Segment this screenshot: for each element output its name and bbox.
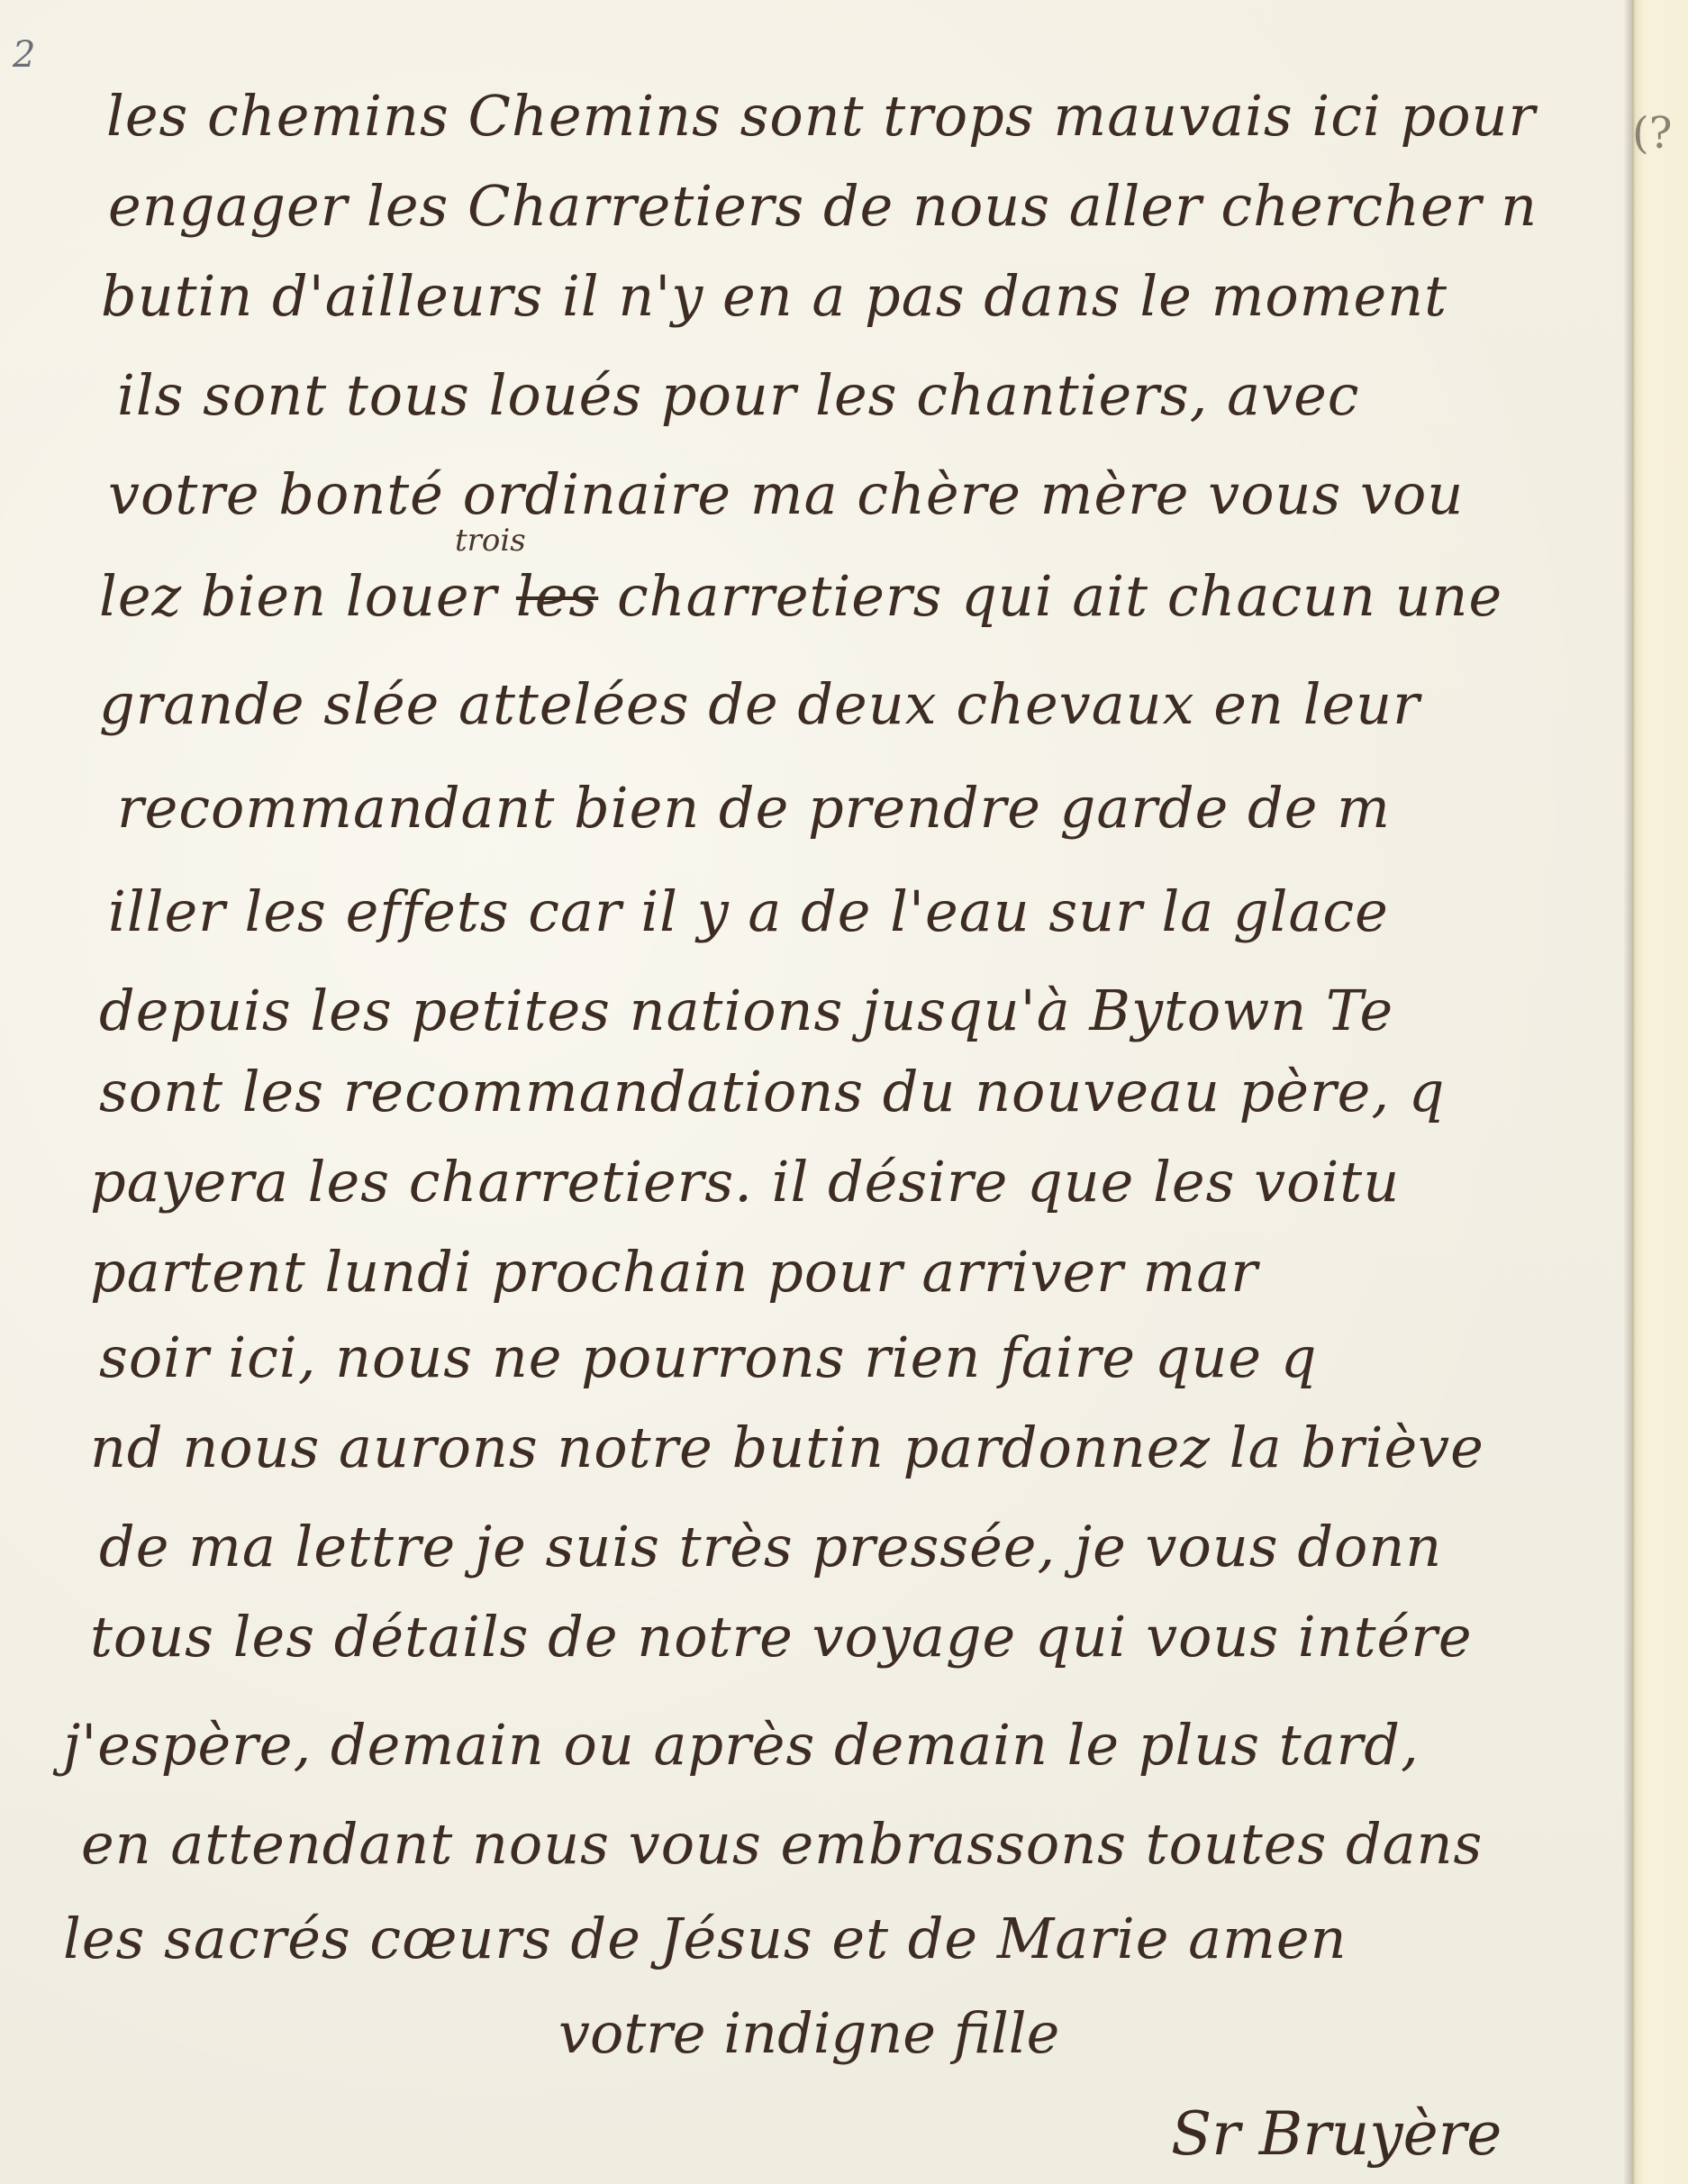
letter-line-1: les chemins Chemins sont trops mauvais i… [106, 83, 1536, 149]
struck-word: les [516, 563, 598, 629]
letter-line-16: de ma lettre je suis très pressée, je vo… [99, 1514, 1442, 1579]
letter-line-19: en attendant nous vous embrassons toutes… [81, 1811, 1483, 1877]
letter-line-15: nd nous aurons notre butin pardonnez la … [90, 1415, 1484, 1480]
letter-line-7: grande slée attelées de deux chevaux en … [99, 671, 1420, 737]
page-number: 2 [13, 34, 35, 76]
letter-line-10: depuis les petites nations jusqu'à Bytow… [99, 978, 1393, 1043]
letter-line-14: soir ici, nous ne pourrons rien faire qu… [99, 1324, 1317, 1390]
letter-line-11: sont les recommandations du nouveau père… [99, 1059, 1445, 1124]
letter-line-8: recommandant bien de prendre garde de m [117, 775, 1391, 841]
letter-line-17: tous les détails de notre voyage qui vou… [90, 1604, 1473, 1670]
letter-line-20: les sacrés cœurs de Jésus et de Marie am… [63, 1906, 1348, 1971]
letter-closing: votre indigne fille [558, 2000, 1059, 2066]
letter-line-13: partent lundi prochain pour arriver mar [90, 1239, 1258, 1305]
letter-line-3: butin d'ailleurs il n'y en a pas dans le… [101, 263, 1448, 329]
line-6-end: charretiers qui ait chacun une [617, 563, 1502, 629]
letter-line-2: engager les Charretiers de nous aller ch… [108, 173, 1538, 239]
letter-line-12: payera les charretiers. il désire que le… [90, 1149, 1400, 1215]
interlinear-insertion: trois [455, 523, 526, 559]
letter-signature: Sr Bruyère [1171, 2099, 1502, 2169]
adjacent-page-edge [1632, 0, 1688, 2184]
line-6-start: lez bien louer [99, 563, 497, 629]
letter-line-5: votre bonté ordinaire ma chère mère vous… [108, 461, 1464, 527]
letter-line-9: iller les effets car il y a de l'eau sur… [108, 878, 1389, 944]
letter-line-6: lez bien louer les charretiers qui ait c… [99, 563, 1502, 629]
letter-line-4: ils sont tous loués pour les chantiers, … [117, 362, 1359, 428]
letter-line-18: j'espère, demain ou après demain le plus… [63, 1712, 1420, 1778]
margin-mark: (? [1632, 108, 1672, 159]
letter-page: 2 les chemins Chemins sont trops mauvais… [0, 0, 1632, 2184]
